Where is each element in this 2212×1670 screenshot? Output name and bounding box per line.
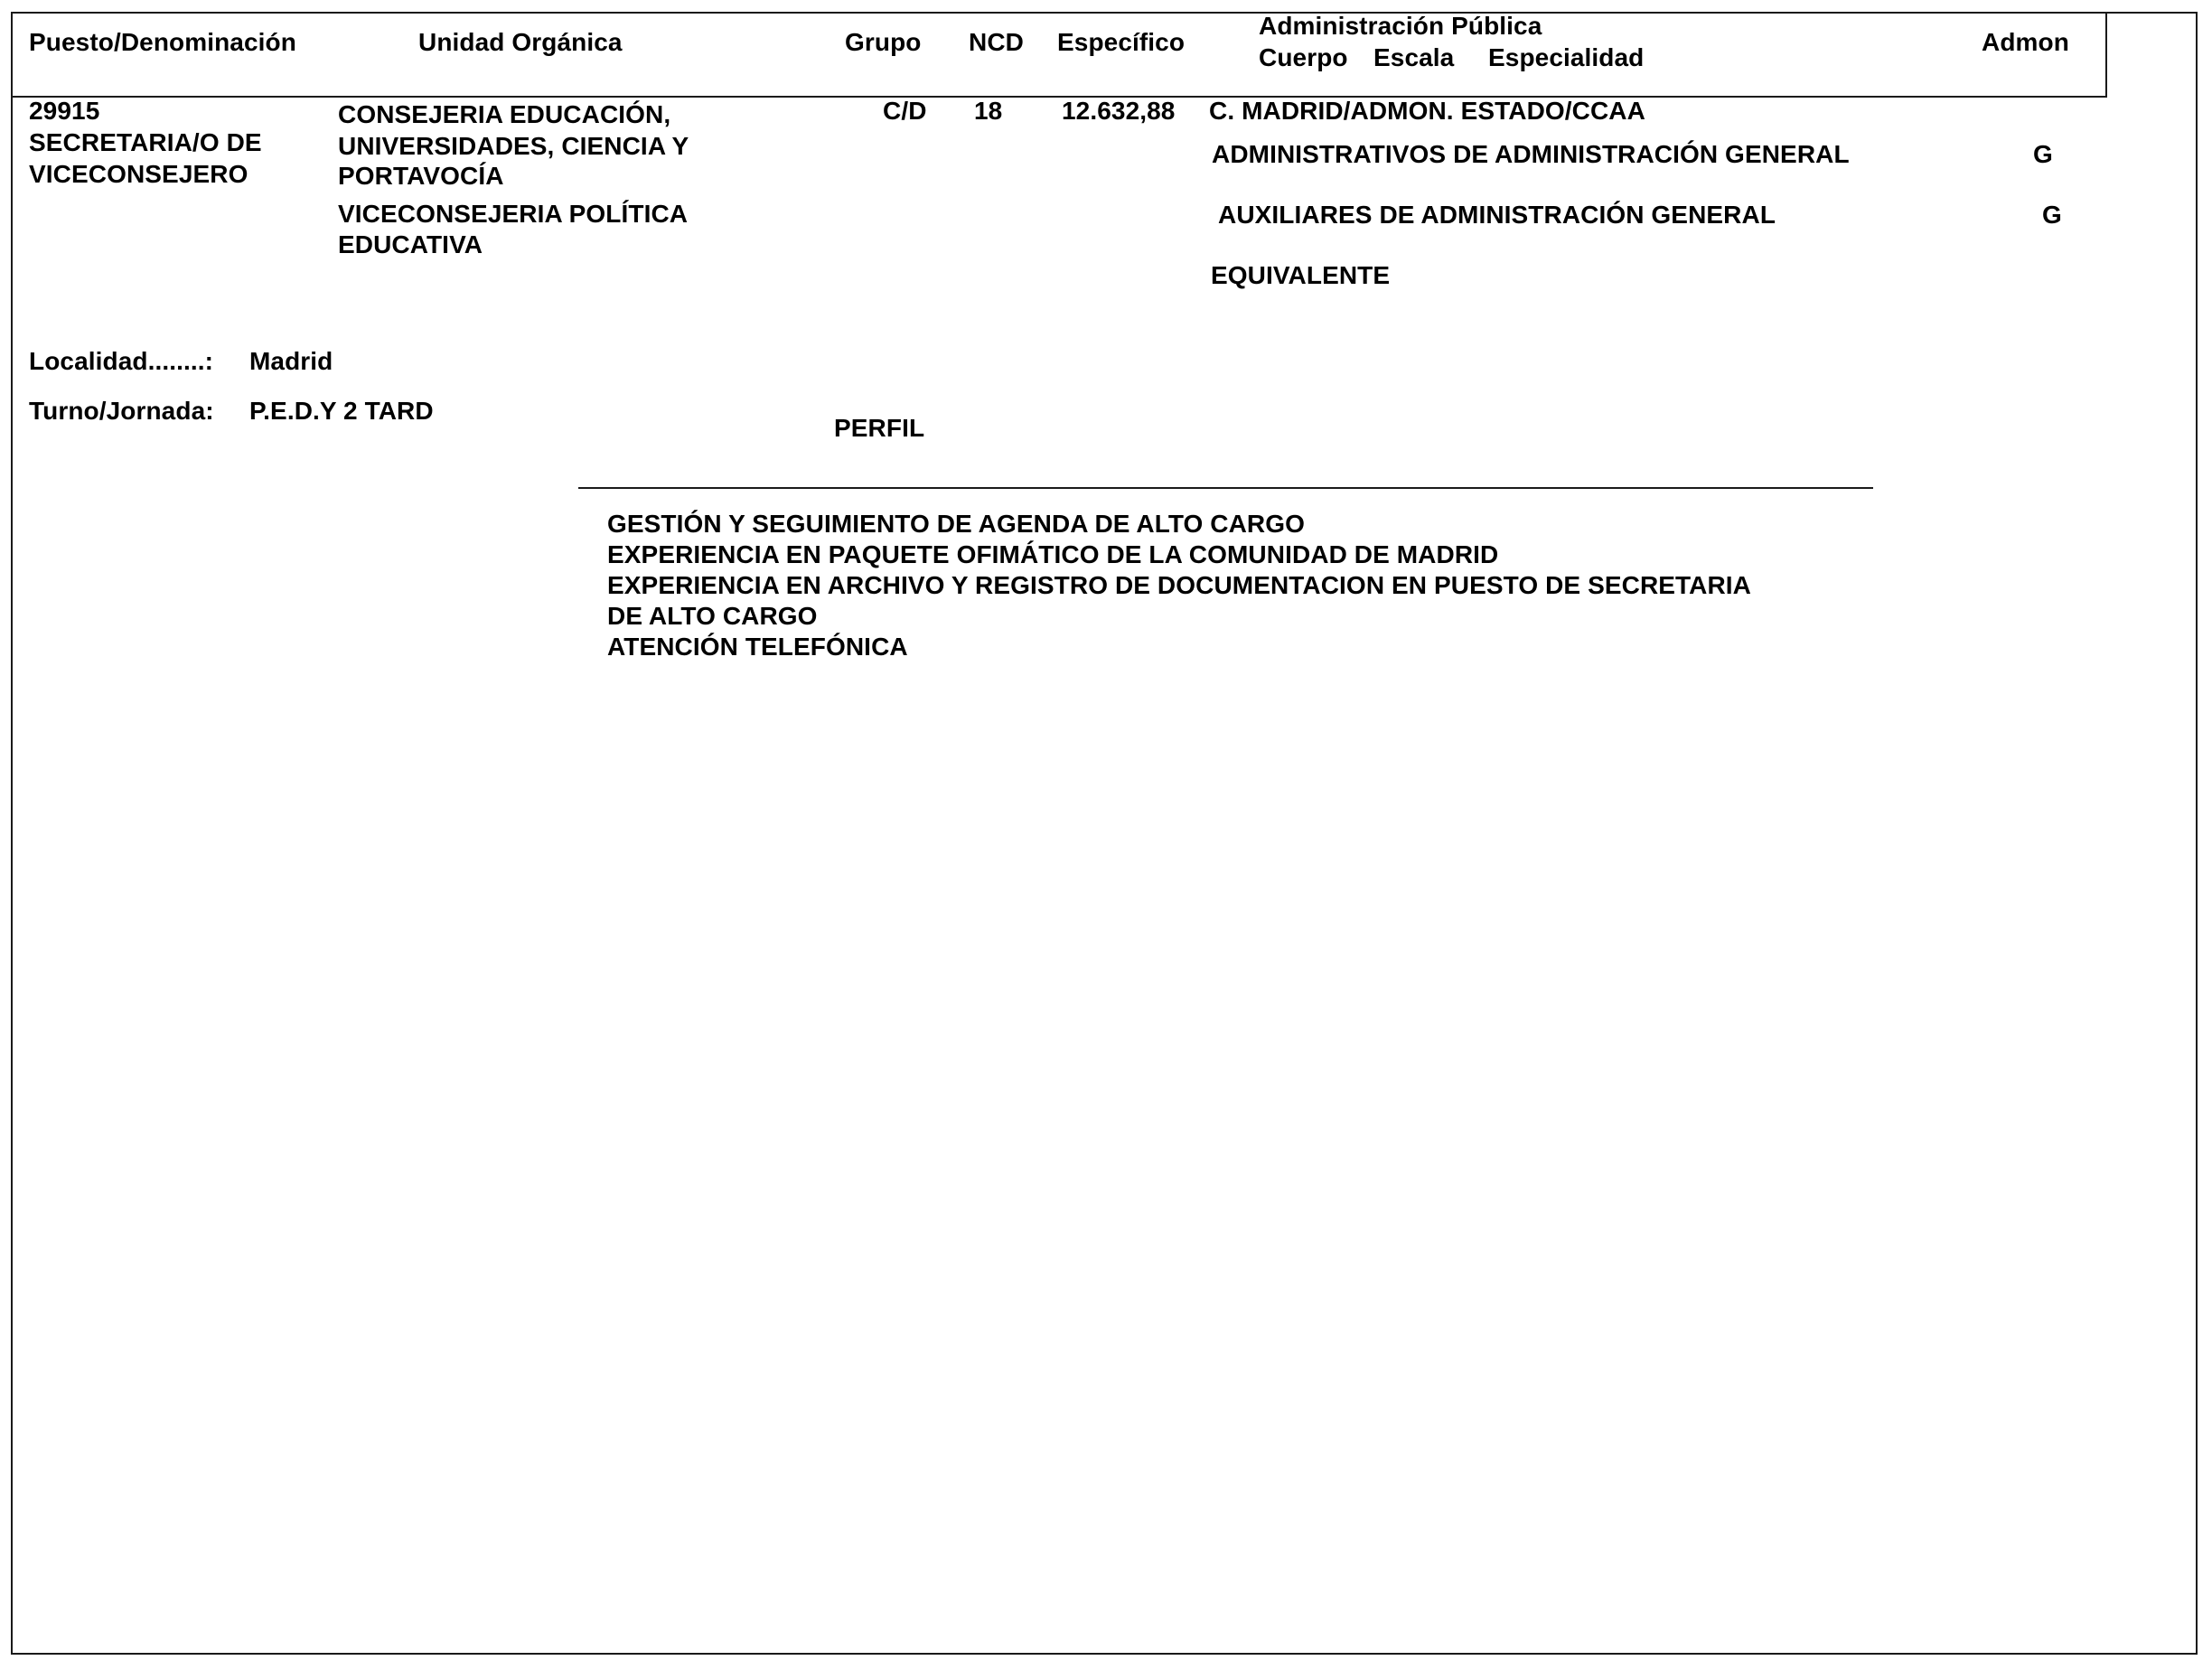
- header-admon: Admon: [1982, 27, 2069, 58]
- header-unidad: Unidad Orgánica: [418, 27, 623, 58]
- perfil-divider: [578, 487, 1873, 489]
- header-grupo: Grupo: [845, 27, 922, 58]
- header-admin-publica: Administración Pública: [1259, 11, 1542, 42]
- cuerpo-nombre: AUXILIARES DE ADMINISTRACIÓN GENERAL: [1218, 200, 1776, 230]
- puesto-grupo: C/D: [883, 96, 927, 127]
- perfil-line: DE ALTO CARGO: [607, 601, 818, 632]
- puesto-denominacion-line: SECRETARIA/O DE: [29, 127, 262, 158]
- unidad-line: UNIVERSIDADES, CIENCIA Y: [338, 131, 689, 162]
- header-puesto: Puesto/Denominación: [29, 27, 296, 58]
- puesto-ncd: 18: [974, 96, 1002, 127]
- header-especifico: Específico: [1057, 27, 1185, 58]
- equivalente: EQUIVALENTE: [1211, 260, 1390, 291]
- header-escala: Escala: [1373, 42, 1454, 73]
- turno-label: Turno/Jornada:: [29, 396, 214, 427]
- cuerpo-admon: G: [2033, 139, 2053, 170]
- puesto-denominacion-line: VICECONSEJERO: [29, 159, 248, 190]
- perfil-line: EXPERIENCIA EN ARCHIVO Y REGISTRO DE DOC…: [607, 570, 1751, 601]
- puesto-codigo: 29915: [29, 96, 99, 127]
- perfil-title: PERFIL: [834, 413, 924, 444]
- unidad-line: CONSEJERIA EDUCACIÓN,: [338, 99, 670, 130]
- turno-value: P.E.D.Y 2 TARD: [249, 396, 434, 427]
- cuerpo-nombre: ADMINISTRATIVOS DE ADMINISTRACIÓN GENERA…: [1212, 139, 1850, 170]
- subunidad-line: VICECONSEJERIA POLÍTICA: [338, 199, 688, 230]
- puesto-administracion: C. MADRID/ADMON. ESTADO/CCAA: [1209, 96, 1645, 127]
- puesto-especifico: 12.632,88: [1062, 96, 1175, 127]
- perfil-line: EXPERIENCIA EN PAQUETE OFIMÁTICO DE LA C…: [607, 539, 1498, 570]
- unidad-line: PORTAVOCÍA: [338, 161, 504, 192]
- localidad-label: Localidad........:: [29, 346, 213, 377]
- header-cuerpo: Cuerpo: [1259, 42, 1348, 73]
- header-especialidad: Especialidad: [1488, 42, 1644, 73]
- perfil-line: GESTIÓN Y SEGUIMIENTO DE AGENDA DE ALTO …: [607, 509, 1305, 539]
- header-ncd: NCD: [969, 27, 1024, 58]
- perfil-line: ATENCIÓN TELEFÓNICA: [607, 632, 908, 662]
- subunidad-line: EDUCATIVA: [338, 230, 483, 260]
- localidad-value: Madrid: [249, 346, 333, 377]
- cuerpo-admon: G: [2042, 200, 2062, 230]
